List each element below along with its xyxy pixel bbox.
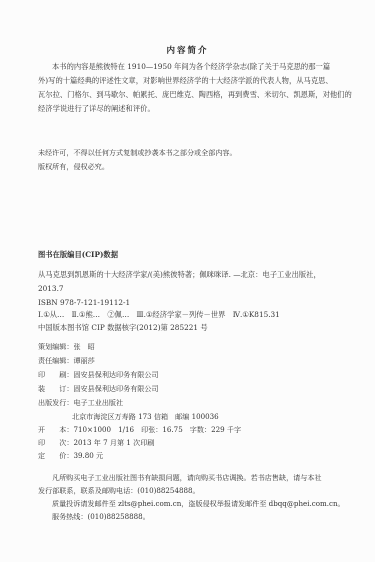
notice-line-3: 质量投诉请发邮件至 zlts@phei.com.cn，盗版侵权举报请发邮件至 d… [52, 499, 345, 509]
credit-value: 2013 年 7 月第 1 次印刷 [73, 438, 154, 447]
intro-title: 内容简介 [0, 44, 375, 56]
cip-classification: Ⅰ.①从… Ⅱ.①熊… ②佩… Ⅲ.①经济学家－列传－世界 Ⅳ.①K815.31 [38, 310, 280, 320]
credit-price: 定 价：39.80 元 [38, 451, 103, 461]
credit-value: 固安县保利达印务有限公司 [73, 370, 158, 379]
credit-label: 开 本： [38, 425, 73, 434]
cip-heading: 图书在版编目(CIP)数据 [38, 250, 118, 260]
copyright-line-1: 未经许可，不得以任何方式复制或抄袭本书之部分或全部内容。 [38, 148, 237, 158]
credit-value: 张 昭 [73, 342, 94, 351]
credit-planning-editor: 策划编辑：张 昭 [38, 342, 95, 352]
credit-publisher: 出版发行：电子工业出版社 [38, 398, 123, 408]
credit-label: 装 订： [38, 384, 73, 393]
credit-binding: 装 订：固安县保利达印务有限公司 [38, 384, 159, 394]
credit-impression: 印 次：2013 年 7 月第 1 次印刷 [38, 438, 154, 448]
credit-value: 电子工业出版社 [73, 398, 123, 407]
credit-printing: 印 刷：固安县保利达印务有限公司 [38, 370, 159, 380]
credit-address: 北京市海淀区万寿路 173 信箱 邮编 100036 [72, 412, 219, 422]
cip-line-1: 从马克思到凯恩斯的十大经济学家/(美)熊彼特著；佩咪咪译. —北京：电子工业出版… [38, 270, 321, 280]
intro-line-1: 本书的内容是熊彼特在 1910—1950 年间为各个经济学杂志(除了关于马克思的… [52, 60, 330, 74]
credit-label: 印 次： [38, 438, 73, 447]
credit-format: 开 本：710×1000 1/16 印张：16.75 字数：229 千字 [38, 425, 241, 435]
notice-line-4: 服务热线：(010)88258888。 [52, 512, 150, 522]
credit-label: 定 价： [38, 451, 73, 460]
cip-record-number: 中国版本图书馆 CIP 数据核字(2012)第 285221 号 [38, 323, 208, 333]
intro-line-2: 外)写的十篇经典的评述性文章，对影响世界经济学的十大经济学派的代表人物，从马克思… [38, 74, 333, 88]
credit-value: 固安县保利达印务有限公司 [73, 384, 158, 393]
credit-label: 印 刷： [38, 370, 73, 379]
credit-label: 出版发行： [38, 398, 73, 407]
credit-label: 策划编辑： [38, 342, 73, 351]
cip-line-2: 2013.7 [38, 284, 64, 293]
credit-value: 39.80 元 [73, 451, 103, 460]
intro-line-4: 经济学说进行了详尽的阐述和评价。 [38, 102, 155, 116]
credit-label: 责任编辑： [38, 356, 73, 365]
credit-value: 谭丽莎 [73, 356, 94, 365]
intro-line-3: 瓦尔拉、门格尔、到马歇尔、帕累托、庞巴维克、陶西格，再到费雪、米切尔、凯恩斯，对… [38, 88, 352, 102]
copyright-line-2: 版权所有，侵权必究。 [38, 162, 109, 172]
credit-value: 710×1000 1/16 印张：16.75 字数：229 千字 [73, 425, 241, 434]
credit-responsible-editor: 责任编辑：谭丽莎 [38, 356, 95, 366]
notice-line-2: 发行部联系，联系及邮购电话：(010)88254888。 [38, 486, 200, 496]
copyright-page: 内容简介 本书的内容是熊彼特在 1910—1950 年间为各个经济学杂志(除了关… [0, 0, 375, 562]
cip-isbn: ISBN 978-7-121-19112-1 [38, 298, 130, 307]
notice-line-1: 凡所购买电子工业出版社图书有缺损问题，请向购买书店调换。若书店售缺，请与本社 [52, 473, 322, 483]
credit-value: 北京市海淀区万寿路 173 信箱 邮编 100036 [72, 412, 219, 421]
